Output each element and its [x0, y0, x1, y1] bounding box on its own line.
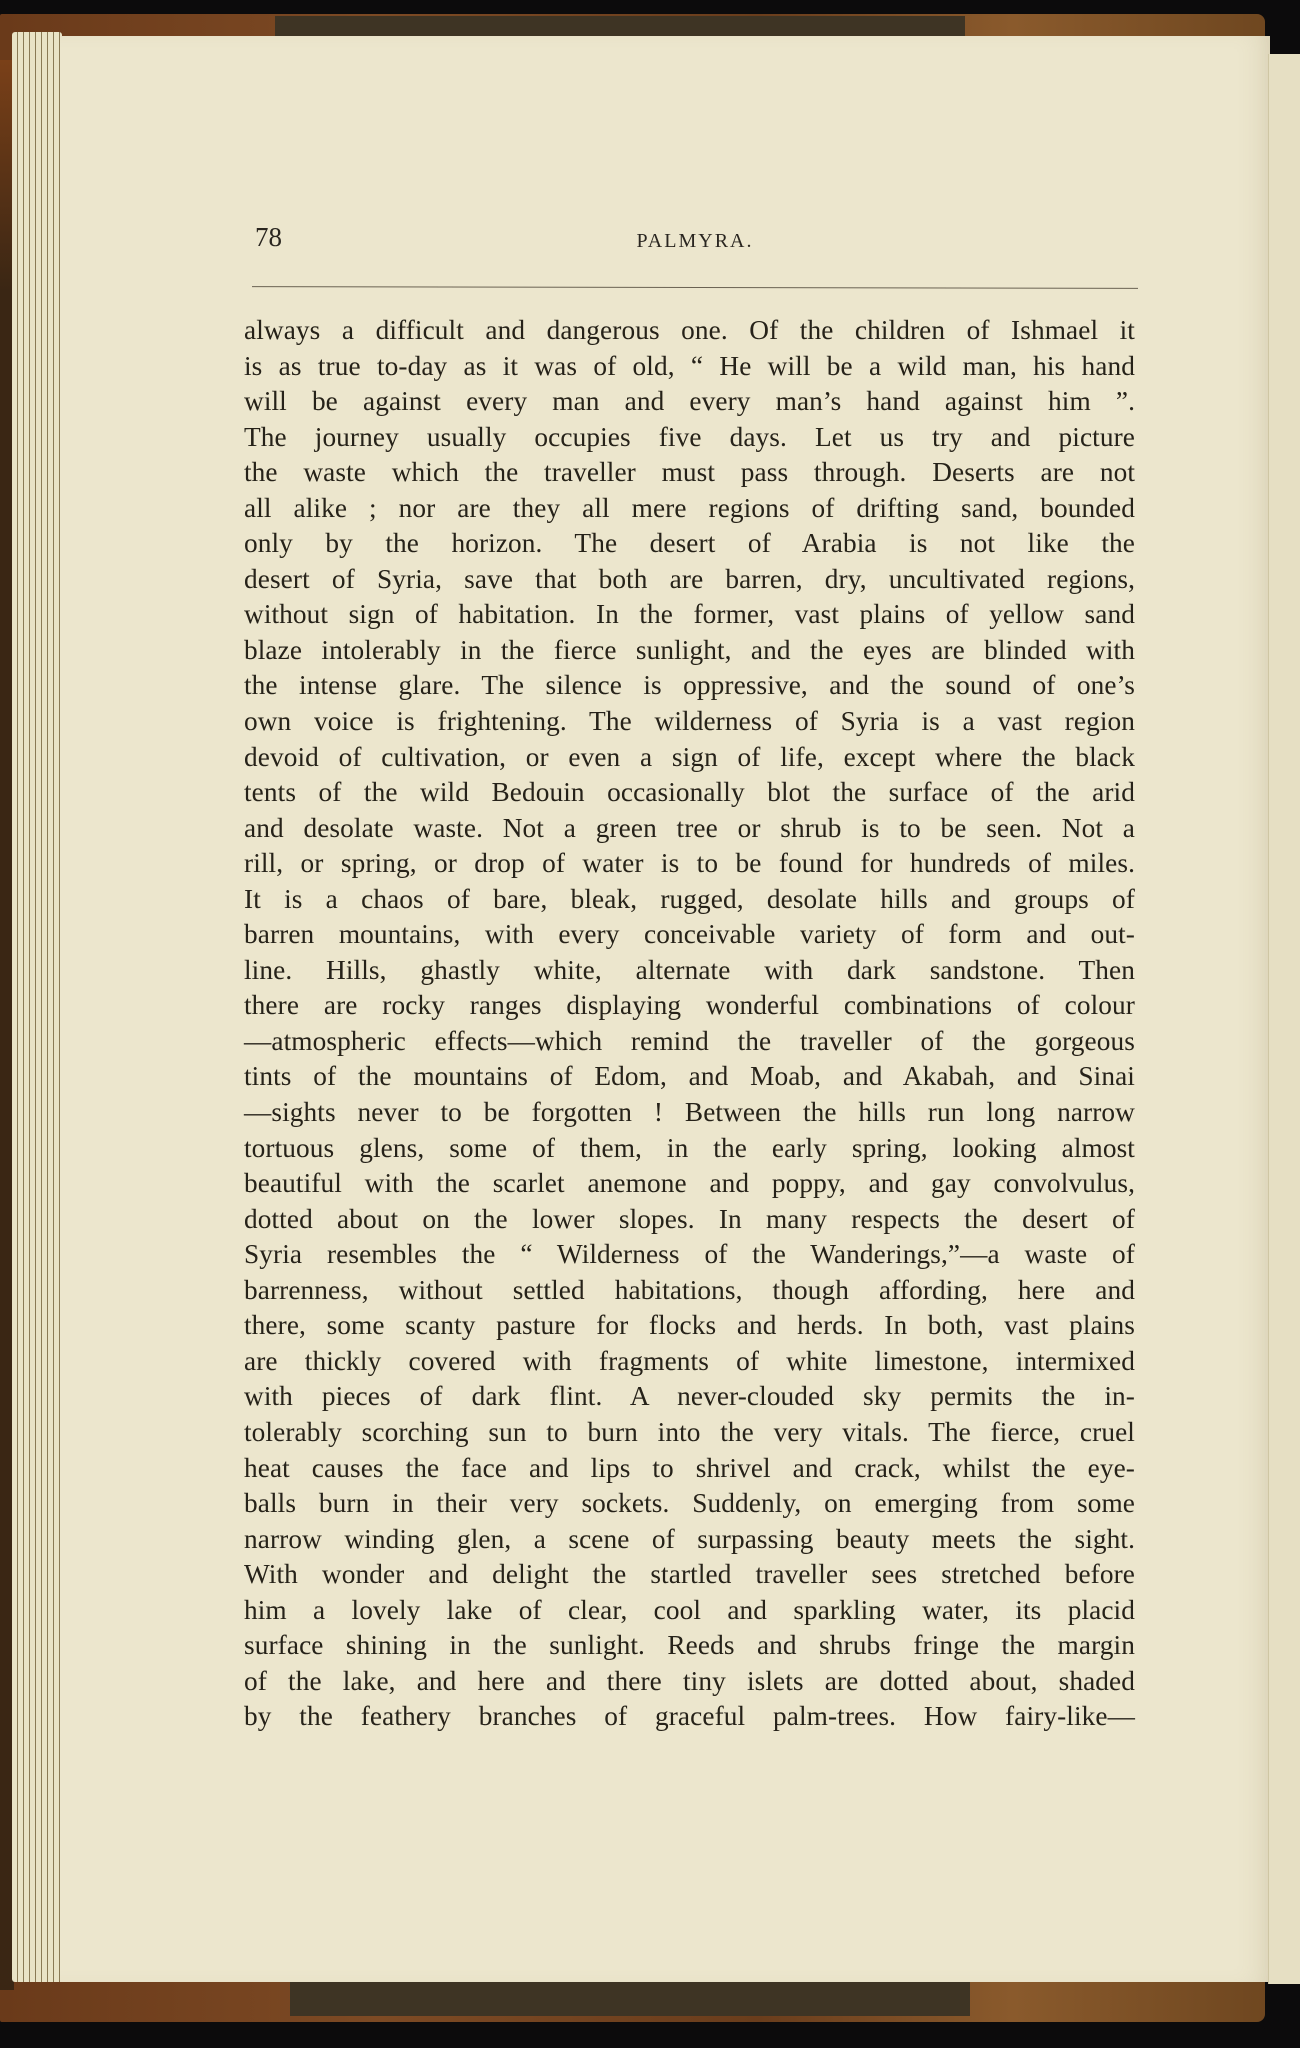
text-line: narrow winding glen, a scene of surpassi…: [244, 1522, 1135, 1558]
text-line: It is a chaos of bare, bleak, rugged, de…: [244, 882, 1135, 918]
body-text: always a difficult and dangerous one. Of…: [244, 313, 1135, 1735]
text-line: —atmospheric effects—which remind the tr…: [244, 1024, 1135, 1060]
text-line: and desolate waste. Not a green tree or …: [244, 811, 1135, 847]
text-line: devoid of cultivation, or even a sign of…: [244, 740, 1135, 776]
text-line: of the lake, and here and there tiny isl…: [244, 1664, 1135, 1700]
text-line: own voice is frightening. The wilderness…: [244, 704, 1135, 740]
text-line: barren mountains, with every conceivable…: [244, 917, 1135, 953]
text-line: beautiful with the scarlet anemone and p…: [244, 1166, 1135, 1202]
next-page-edge: [1268, 54, 1300, 1984]
text-line: the waste which the traveller must pass …: [244, 455, 1135, 491]
text-line: balls burn in their very sockets. Sudden…: [244, 1486, 1135, 1522]
text-line: all alike ; nor are they all mere region…: [244, 491, 1135, 527]
text-line: With wonder and delight the startled tra…: [244, 1557, 1135, 1593]
text-line: by the feathery branches of graceful pal…: [244, 1699, 1135, 1735]
text-line: rill, or spring, or drop of water is to …: [244, 846, 1135, 882]
cover-spine-band-bottom: [290, 1980, 970, 2016]
text-line: is as true to-day as it was of old, “ He…: [244, 349, 1135, 385]
text-line: the intense glare. The silence is oppres…: [244, 668, 1135, 704]
text-line: will be against every man and every man’…: [244, 384, 1135, 420]
text-line: The journey usually occupies five days. …: [244, 420, 1135, 456]
text-line: only by the horizon. The desert of Arabi…: [244, 526, 1135, 562]
text-line: —sights never to be forgotten ! Between …: [244, 1095, 1135, 1131]
text-line: heat causes the face and lips to shrivel…: [244, 1451, 1135, 1487]
text-line: him a lovely lake of clear, cool and spa…: [244, 1593, 1135, 1629]
text-line: always a difficult and dangerous one. Of…: [244, 313, 1135, 349]
text-line: surface shining in the sunlight. Reeds a…: [244, 1628, 1135, 1664]
running-title: PALMYRA.: [255, 230, 1135, 253]
text-line: dotted about on the lower slopes. In man…: [244, 1202, 1135, 1238]
text-line: are thickly covered with fragments of wh…: [244, 1344, 1135, 1380]
text-line: blaze intolerably in the fierce sunlight…: [244, 633, 1135, 669]
text-line: Syria resembles the “ Wilderness of the …: [244, 1237, 1135, 1273]
text-line: desert of Syria, save that both are barr…: [244, 562, 1135, 598]
text-line: tents of the wild Bedouin occasionally b…: [244, 775, 1135, 811]
text-line: without sign of habitation. In the forme…: [244, 597, 1135, 633]
text-line: there are rocky ranges displaying wonder…: [244, 988, 1135, 1024]
cover-spine-band-top: [275, 16, 965, 38]
text-line: tolerably scorching sun to burn into the…: [244, 1415, 1135, 1451]
text-line: tortuous glens, some of them, in the ear…: [244, 1131, 1135, 1167]
text-line: line. Hills, ghastly white, alternate wi…: [244, 953, 1135, 989]
page-stack-edges: [12, 32, 62, 1982]
text-line: barrenness, without settled habitations,…: [244, 1273, 1135, 1309]
text-line: there, some scanty pasture for flocks an…: [244, 1308, 1135, 1344]
text-line: tints of the mountains of Edom, and Moab…: [244, 1059, 1135, 1095]
text-line: with pieces of dark flint. A never-cloud…: [244, 1379, 1135, 1415]
running-head: 78 PALMYRA.: [255, 222, 1135, 262]
